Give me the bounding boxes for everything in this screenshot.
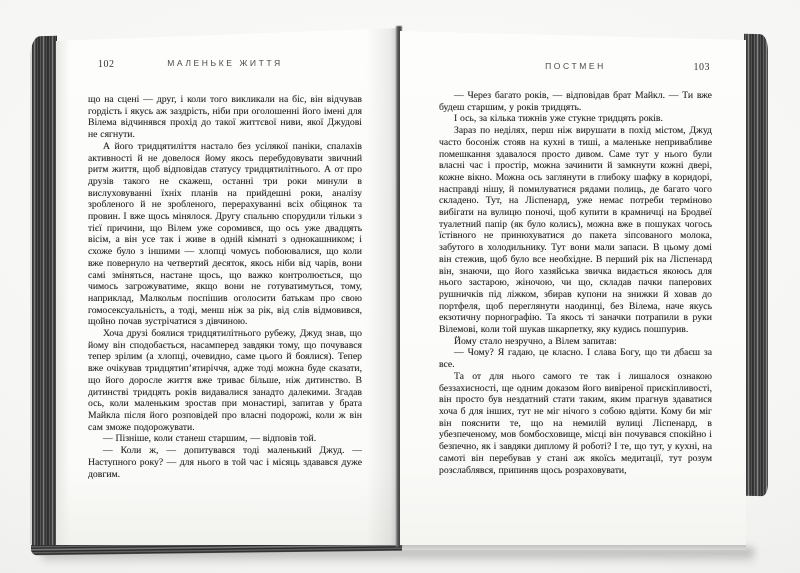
paragraph-dialogue: — Коли ж, — допитувався тоді маленький Д… <box>88 445 362 480</box>
page-edges-bottom-right <box>402 545 746 550</box>
right-running-head: ПОСТМЕН <box>439 61 712 71</box>
right-page-body: — Через багато років, — відповідав брат … <box>439 90 712 476</box>
paragraph: що на сцені — друг, і коли того викликал… <box>88 94 362 141</box>
right-page: ПОСТМЕН 103 — Через багато років, — відп… <box>400 31 746 545</box>
page-edges-left <box>30 36 57 551</box>
paragraph-dialogue: — Через багато років, — відповідав брат … <box>439 90 712 113</box>
paragraph: Та от для нього самого те так і лишалося… <box>439 371 712 476</box>
book-photo: 102 МАЛЕНЬКЕ ЖИТТЯ що на сцені — друг, і… <box>0 0 800 573</box>
paragraph-dialogue: — Чому? Я гадаю, це класно. І слава Богу… <box>439 347 712 370</box>
left-page-body: що на сцені — друг, і коли того викликал… <box>88 94 362 480</box>
page-edges-right <box>744 34 768 496</box>
right-page-header: ПОСТМЕН 103 <box>439 61 712 74</box>
paragraph: Хоча друзі боялися тридцятилітнього рубе… <box>88 328 362 433</box>
right-page-number: 103 <box>694 62 711 73</box>
paragraph: Зараз по неділях, перш ніж вирушати в по… <box>439 125 712 336</box>
left-page-header: 102 МАЛЕНЬКЕ ЖИТТЯ <box>88 58 362 71</box>
left-running-head: МАЛЕНЬКЕ ЖИТТЯ <box>88 58 362 68</box>
paragraph: І ось, за кілька тижнів уже стукне тридц… <box>439 113 712 125</box>
left-page: 102 МАЛЕНЬКЕ ЖИТТЯ що на сцені — друг, і… <box>56 28 400 545</box>
paragraph: Йому стало незручно, а Вілем запитав: <box>439 336 712 348</box>
paragraph: А його тридцятиліття настало без усіляко… <box>88 141 362 328</box>
paragraph-dialogue: — Пізніше, коли станеш старшим, — відпов… <box>88 433 362 445</box>
